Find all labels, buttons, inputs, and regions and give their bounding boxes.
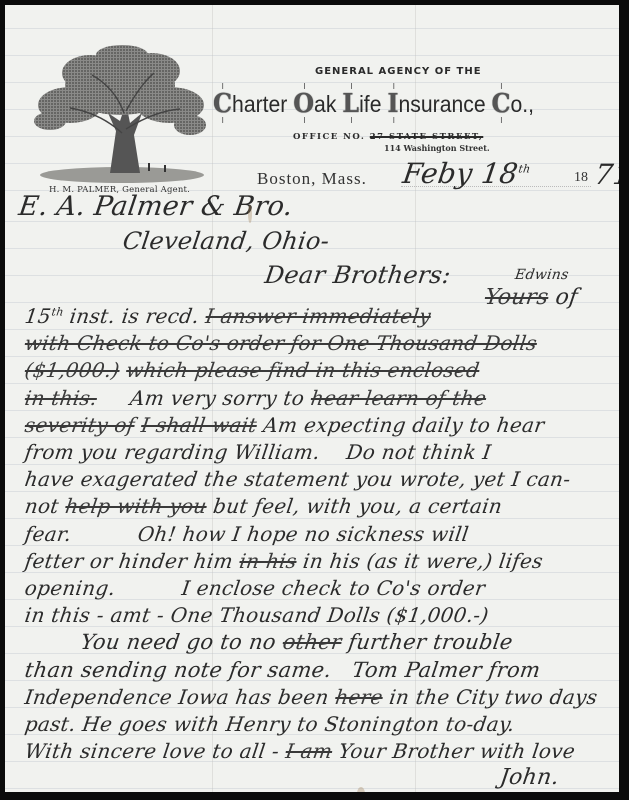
body-text: You need go to no (23, 630, 284, 654)
company-word: nsurance (399, 91, 486, 117)
letter-line: opening. I enclose check to Co's order (23, 576, 486, 600)
struck-text: I answer immediately (204, 304, 432, 328)
struck-text: severity of (23, 413, 136, 437)
addressee: E. A. Palmer & Bro. (17, 191, 295, 222)
company-initial: I (387, 89, 398, 119)
body-text: fetter or hinder him (23, 549, 241, 573)
salutation: Dear Brothers: (263, 261, 453, 289)
agency-heading: GENERAL AGENCY OF THE (315, 66, 482, 77)
body-text: have exagerated the statement you wrote,… (23, 467, 572, 491)
body-text: further trouble (340, 630, 515, 654)
date-text: Feby 18 (401, 157, 520, 190)
letter-line: in this - amt - One Thousand Dolls ($1,0… (23, 603, 490, 627)
struck-text: Yours (483, 285, 550, 310)
letter-line: from you regarding William. Do not think… (23, 440, 492, 464)
body-text: of (554, 285, 580, 310)
body-text: With sincere love to all - (23, 739, 287, 763)
struck-text: help with you (64, 494, 209, 518)
letter-line: ($1,000.) which please find in this encl… (23, 358, 481, 382)
body-text: 15 (23, 304, 52, 328)
body-text: past. He goes with Henry to Stonington t… (23, 712, 516, 736)
address-city: Cleveland, Ohio- (121, 227, 331, 255)
office-address: OFFICE NO. 27 STATE STREET, (293, 132, 483, 142)
handwritten-date: Feby 18th (401, 157, 533, 190)
body-text: inst. is recd. (61, 304, 207, 328)
body-text: Independence Iowa has been (23, 685, 337, 709)
signature: John. (498, 765, 560, 790)
struck-text: in his (238, 549, 298, 573)
body-text: not (23, 494, 67, 518)
struck-text: in this. (23, 386, 98, 410)
body-text: in the City two days (381, 685, 599, 709)
company-initial: O (293, 89, 314, 119)
struck-text: I shall wait (140, 413, 259, 437)
letter-line: With sincere love to all - I am Your Bro… (23, 739, 577, 763)
letter-line: Independence Iowa has been here in the C… (23, 685, 599, 709)
body-text: opening. I enclose check to Co's order (23, 576, 486, 600)
body-text: in this - amt - One Thousand Dolls ($1,0… (23, 603, 490, 627)
letter-line: fear. Oh! how I hope no sickness will (23, 522, 470, 546)
office-label: OFFICE NO. (293, 132, 365, 142)
body-text: fear. Oh! how I hope no sickness will (23, 522, 470, 546)
letter-line: not help with you but feel, with you, a … (23, 494, 504, 518)
place-line: Boston, Mass. (257, 169, 367, 189)
body-text: Your Brother with love (331, 739, 577, 763)
struck-text: other (281, 630, 343, 654)
company-word: o., (511, 91, 535, 117)
handwritten-year: 71. (593, 158, 619, 191)
struck-text: here (334, 685, 385, 709)
company-word: ak (314, 91, 336, 117)
body-text: in his (as it were,) lifes (295, 549, 545, 573)
body-text: Am very sorry to (95, 386, 312, 410)
letter-line: severity of I shall wait Am expecting da… (23, 413, 546, 437)
office-new-address: 114 Washington Street. (384, 143, 490, 153)
letter-line: fetter or hinder him in his in his (as i… (23, 549, 544, 573)
struck-text: with Check to Co's order for One Thousan… (23, 331, 538, 355)
letter-line: past. He goes with Henry to Stonington t… (23, 712, 516, 736)
company-initial: L (342, 89, 359, 119)
company-word: ife (359, 91, 381, 117)
struck-text: which please find in this enclosed (125, 358, 481, 382)
letter-line: in this. Am very sorry to hear learn of … (23, 386, 488, 410)
company-name: Charter Oak Life Insurance Co., (213, 89, 534, 119)
body-text: than sending note for same. Tom Palmer f… (23, 658, 542, 682)
letter-line: with Check to Co's order for One Thousan… (23, 331, 538, 355)
oak-tree-illustration (30, 43, 210, 183)
ink-stain (248, 205, 252, 223)
body-text: from you regarding William. Do not think… (23, 440, 492, 464)
date-suffix: th (518, 163, 532, 176)
letter-line: than sending note for same. Tom Palmer f… (23, 658, 542, 682)
letter-line: 15th inst. is recd. I answer immediately (23, 304, 432, 328)
ink-stain (357, 787, 365, 792)
struck-text: I am (284, 739, 334, 763)
company-word: harter (232, 91, 287, 117)
year-prefix: 18 (574, 170, 588, 186)
company-initial: C (491, 89, 510, 119)
office-struck-address: 27 STATE STREET, (370, 132, 484, 142)
insertion-above: Edwins (514, 267, 570, 283)
body-text: but feel, with you, a certain (205, 494, 504, 518)
struck-text: ($1,000.) (23, 358, 121, 382)
company-initial: C (213, 89, 232, 119)
letter-line: have exagerated the statement you wrote,… (23, 467, 572, 491)
body-text: Am expecting daily to hear (255, 413, 546, 437)
letter-line: You need go to no other further trouble (23, 630, 514, 654)
letter-page: H. M. PALMER, General Agent. GENERAL AGE… (5, 5, 619, 792)
struck-text: hear learn of the (309, 386, 488, 410)
line-continuation: Yours of (483, 285, 579, 310)
